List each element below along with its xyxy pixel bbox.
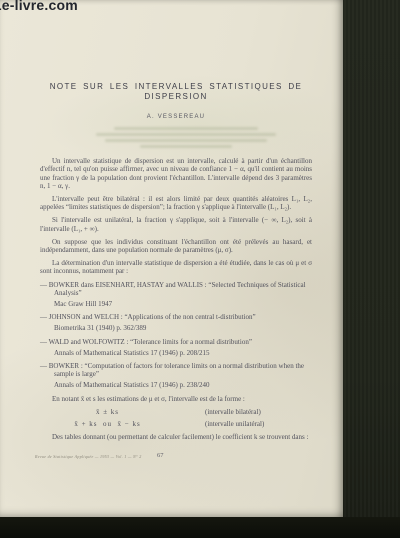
bookseller-watermark: Le-livre.com <box>0 0 78 13</box>
reference-source: Annals of Mathematical Statistics 17 (19… <box>40 381 312 389</box>
ink-bleed-line <box>140 145 233 148</box>
reference-item: — BOWKER dans EISENHART, HASTAY and WALL… <box>40 281 312 297</box>
formula-unilateral-label: (intervalle unilatéral) <box>205 420 264 428</box>
paragraph: L'intervalle peut être bilatéral : il es… <box>40 195 312 211</box>
paragraph: Des tables donnant (ou permettant de cal… <box>40 433 312 441</box>
page-footer: Revue de Statistique Appliquée — 1953 — … <box>35 452 315 462</box>
author-name: A. VESSEREAU <box>40 113 312 121</box>
formula-bilateral-label: (intervalle bilatéral) <box>205 408 261 416</box>
reference-source: Biometrika 31 (1940) p. 362/389 <box>40 324 312 332</box>
paragraph: On suppose que les individus constituant… <box>40 238 312 254</box>
paragraph: En notant x̄ et s les estimations de μ e… <box>40 395 312 403</box>
ink-bleed-line <box>114 127 258 130</box>
formula-bilateral: x̄ ± ks <box>40 408 175 416</box>
page-number: 67 <box>157 452 164 459</box>
paragraph: Un intervalle statistique de dispersion … <box>40 157 312 190</box>
reference-item: — BOWKER : “Computation of factors for t… <box>40 362 312 378</box>
reference-list: — BOWKER dans EISENHART, HASTAY and WALL… <box>40 281 312 390</box>
backdrop-bottom-band <box>0 517 400 538</box>
formula-block: x̄ ± ks (intervalle bilatéral) x̄ + ks o… <box>40 408 312 428</box>
paragraph: La détermination d'un intervalle statist… <box>40 259 312 275</box>
ink-bleed-line <box>96 133 277 136</box>
reference-item: — WALD and WOLFOWITZ : “Tolerance limits… <box>40 338 312 346</box>
formula-row: x̄ + ks ou x̄ − ks (intervalle unilatéra… <box>40 420 312 428</box>
ink-bleed-through <box>70 127 302 153</box>
formula-row: x̄ ± ks (intervalle bilatéral) <box>40 408 312 416</box>
reference-source: Mac Graw Hill 1947 <box>40 300 312 308</box>
journal-imprint: Revue de Statistique Appliquée — 1953 — … <box>35 454 142 459</box>
paragraph: Si l'intervalle est unilatéral, la fract… <box>40 216 312 232</box>
reference-source: Annals of Mathematical Statistics 17 (19… <box>40 349 312 357</box>
formula-unilateral: x̄ + ks ou x̄ − ks <box>40 420 175 428</box>
ink-bleed-line <box>105 139 267 142</box>
page-content: NOTE SUR LES INTERVALLES STATISTIQUES DE… <box>40 82 312 446</box>
scanned-page: NOTE SUR LES INTERVALLES STATISTIQUES DE… <box>0 0 343 518</box>
photo-backdrop: { "watermark": "Le-livre.com", "colors":… <box>0 0 400 538</box>
page-title: NOTE SUR LES INTERVALLES STATISTIQUES DE… <box>40 82 312 102</box>
reference-item: — JOHNSON and WELCH : “Applications of t… <box>40 313 312 321</box>
